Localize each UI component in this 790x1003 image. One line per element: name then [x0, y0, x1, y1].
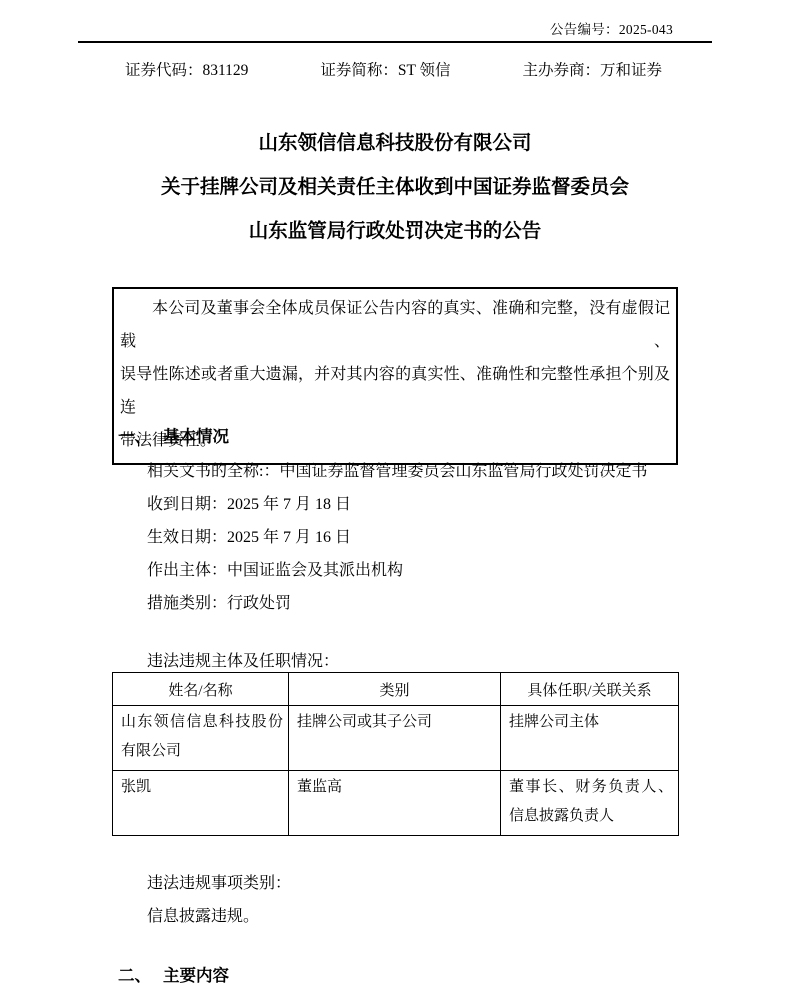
stock-code: 证券代码：831129 — [125, 61, 248, 81]
section-2-title: 主要内容 — [163, 962, 229, 986]
sponsor-broker: 主办券商：万和证券 — [522, 61, 662, 81]
info-item-document-name: 相关文书的全称:：中国证券监督管理委员会山东监管局行政处罚决定书 — [147, 455, 680, 488]
section-1-title: 基本情况 — [163, 423, 229, 447]
section-2-number: 二、 — [118, 962, 151, 986]
announcement-page: 公告编号：2025-043 证券代码：831129 证券简称：ST 领信 主办券… — [0, 0, 790, 1003]
table-cell-position: 董事长、财务负责人、信息披露负责人 — [501, 771, 679, 836]
table-cell-position: 挂牌公司主体 — [501, 706, 679, 771]
section-1-number: 一、 — [118, 423, 151, 447]
info-item-measure-type: 措施类别：行政处罚 — [147, 587, 680, 620]
info-item-issuing-body: 作出主体：中国证监会及其派出机构 — [147, 554, 680, 587]
table-intro-label: 违法违规主体及任职情况： — [147, 648, 339, 671]
stock-short-name: 证券简称：ST 领信 — [320, 61, 450, 81]
table-cell-category: 挂牌公司或其子公司 — [289, 706, 501, 771]
table-header-row: 姓名/名称 类别 具体任职/关联关系 — [113, 673, 679, 706]
table-header-category: 类别 — [289, 673, 501, 706]
violation-subjects-table: 姓名/名称 类别 具体任职/关联关系 山东领信信息科技股份有限公司 挂牌公司或其… — [112, 672, 679, 836]
violation-category-value: 信息披露违规。 — [147, 900, 291, 933]
announcement-number: 公告编号：2025-043 — [550, 18, 673, 38]
title-line-3: 山东监管局行政处罚决定书的公告 — [0, 210, 790, 254]
basic-info-list: 相关文书的全称:：中国证券监督管理委员会山东监管局行政处罚决定书 收到日期：20… — [147, 455, 680, 620]
title-line-1: 山东领信信息科技股份有限公司 — [0, 122, 790, 166]
table-row: 张凯 董监高 董事长、财务负责人、信息披露负责人 — [113, 771, 679, 836]
table-cell-name: 山东领信信息科技股份有限公司 — [113, 706, 289, 771]
violation-category-label: 违法违规事项类别： — [147, 867, 291, 900]
disclaimer-line: 误导性陈述或者重大遗漏，并对其内容的真实性、准确性和完整性承担个别及连 — [120, 358, 670, 424]
document-title: 山东领信信息科技股份有限公司 关于挂牌公司及相关责任主体收到中国证券监督委员会 … — [0, 122, 790, 254]
violation-category-block: 违法违规事项类别： 信息披露违规。 — [147, 867, 291, 933]
info-item-receive-date: 收到日期：2025 年 7 月 18 日 — [147, 488, 680, 521]
disclaimer-line: 本公司及董事会全体成员保证公告内容的真实、准确和完整，没有虚假记载、 — [120, 292, 670, 358]
table-cell-category: 董监高 — [289, 771, 501, 836]
info-item-effective-date: 生效日期：2025 年 7 月 16 日 — [147, 521, 680, 554]
table-cell-name: 张凯 — [113, 771, 289, 836]
table-header-position: 具体任职/关联关系 — [501, 673, 679, 706]
securities-header-row: 证券代码：831129 证券简称：ST 领信 主办券商：万和证券 — [125, 61, 662, 81]
section-1-heading: 一、 基本情况 — [118, 423, 229, 447]
header-rule — [78, 41, 712, 43]
table-row: 山东领信信息科技股份有限公司 挂牌公司或其子公司 挂牌公司主体 — [113, 706, 679, 771]
title-line-2: 关于挂牌公司及相关责任主体收到中国证券监督委员会 — [0, 166, 790, 210]
section-2-heading: 二、 主要内容 — [118, 962, 229, 986]
table-header-name: 姓名/名称 — [113, 673, 289, 706]
